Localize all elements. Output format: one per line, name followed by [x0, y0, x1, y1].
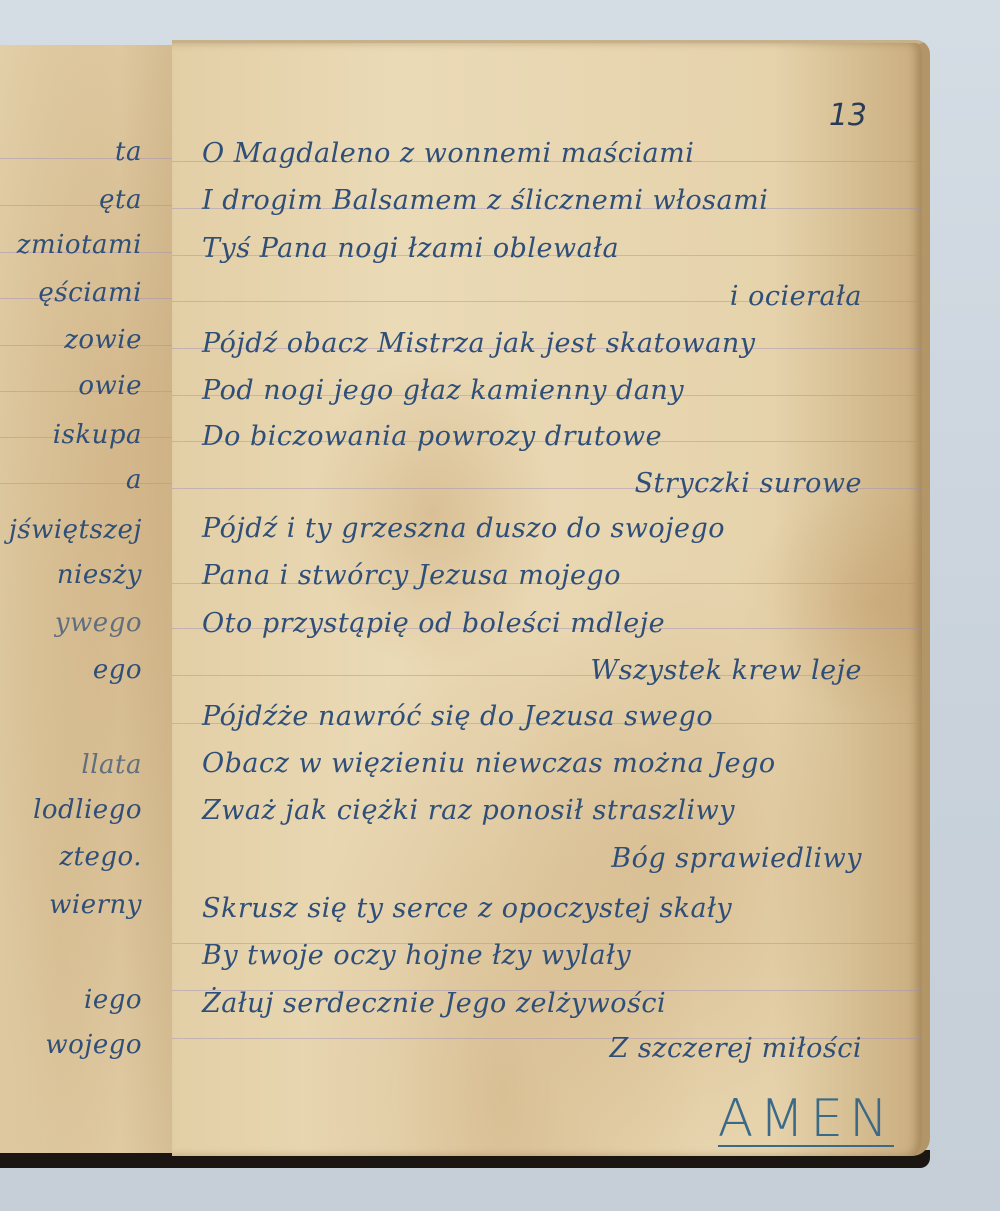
verse-refrain: Z szczerej miłości	[610, 1033, 862, 1064]
verse-line: Tyś Pana nogi łzami oblewała	[202, 233, 619, 264]
verse-line: By twoje oczy hojne łzy wylały	[202, 940, 631, 971]
verse-refrain: Wszystek krew leje	[590, 655, 862, 686]
ruled-line	[0, 205, 172, 206]
verse-line: Pójdź i ty grzeszna duszo do swojego	[202, 513, 725, 544]
closing-amen: AMEN	[718, 1093, 894, 1147]
verse-line: Pod nogi jego głaz kamienny dany	[202, 375, 684, 406]
ruled-line	[0, 158, 172, 159]
left-fragment: zowie	[64, 325, 142, 355]
left-fragment: wojego	[45, 1030, 142, 1060]
left-fragment: llata	[81, 750, 142, 780]
left-page: ta ęta zmiotami ęściami zowie owie iskup…	[0, 45, 174, 1153]
verse-line: Do biczowania powrozy drutowe	[202, 421, 662, 452]
left-fragment: jświętszej	[9, 515, 142, 545]
verse-line: Żałuj serdecznie Jego zelżywości	[202, 988, 666, 1019]
verse-line: Oto przystąpię od boleści mdleje	[202, 608, 665, 639]
verse-line: Pana i stwórcy Jezusa mojego	[202, 560, 621, 591]
left-fragment: zmiotami	[17, 230, 142, 260]
left-fragment: ztego.	[59, 842, 142, 872]
ruled-line	[0, 483, 172, 484]
verse-line: Skrusz się ty serce z opoczystej skały	[202, 893, 732, 924]
verse-line: Obacz w więzieniu niewczas można Jego	[202, 748, 776, 779]
left-fragment: ego	[93, 655, 142, 685]
left-fragment: niesży	[57, 560, 142, 590]
left-fragment: a	[126, 465, 142, 495]
left-fragment: iskupa	[53, 420, 142, 450]
left-fragment: lodliego	[33, 795, 142, 825]
left-fragment: ęta	[99, 185, 142, 215]
left-fragment: owie	[78, 371, 142, 401]
verse-refrain: i ocierała	[730, 281, 862, 312]
verse-line: Pójdźże nawróć się do Jezusa swego	[202, 701, 713, 732]
right-page: 13 O Magdaleno z wonnemi maściami I drog…	[172, 40, 930, 1156]
verse-refrain: Stryczki surowe	[635, 468, 862, 499]
left-fragment: ęściami	[38, 278, 142, 308]
verse-line: O Magdaleno z wonnemi maściami	[202, 138, 694, 169]
left-fragment: iego	[84, 985, 142, 1015]
left-fragment: wierny	[49, 890, 142, 920]
left-fragment: ywego	[55, 608, 142, 638]
verse-line: Zważ jak ciężki raz ponosił straszliwy	[202, 795, 735, 826]
verse-line: I drogim Balsamem z ślicznemi włosami	[202, 185, 768, 216]
page-number: 13	[829, 98, 867, 133]
verse-refrain: Bóg sprawiedliwy	[611, 843, 862, 874]
verse-line: Pójdź obacz Mistrza jak jest skatowany	[202, 328, 755, 359]
left-fragment: ta	[115, 137, 142, 167]
